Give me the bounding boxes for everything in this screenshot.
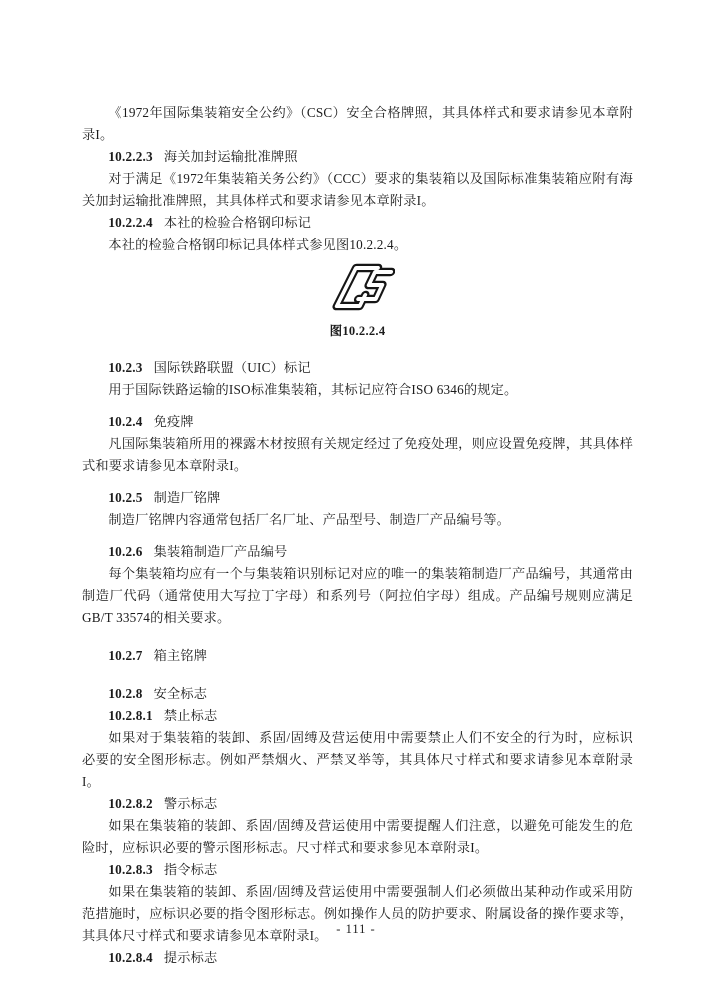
section-number: 10.2.8.2 [108,796,152,811]
figure-10-2-2-4 [82,258,633,316]
section-heading: 10.2.2.3海关加封运输批准牌照 [82,146,633,168]
section-heading: 10.2.3国际铁路联盟（UIC）标记 [82,357,633,379]
section-title: 指令标志 [164,862,218,877]
section-gap [82,477,633,487]
paragraph: 本社的检验合格钢印标记具体样式参见图10.2.2.4。 [82,234,633,256]
paragraph: 如果在集装箱的装卸、系固/固缚及营运使用中需要提醒人们注意，以避免可能发生的危险… [82,815,633,859]
paragraph: 用于国际铁路运输的ISO标准集装箱，其标记应符合ISO 6346的规定。 [82,379,633,401]
section-number: 10.2.7 [108,648,142,663]
section-heading: 10.2.8安全标志 [82,683,633,705]
document-body: 《1972年国际集装箱安全公约》（CSC）安全合格牌照，其具体样式和要求请参见本… [82,102,633,969]
section-number: 10.2.8.1 [108,708,152,723]
section-heading: 10.2.8.3指令标志 [82,859,633,881]
section-heading: 10.2.4免疫牌 [82,411,633,433]
paragraph: 如果对于集装箱的装卸、系固/固缚及营运使用中需要禁止人们不安全的行为时，应标识必… [82,727,633,793]
section-title: 免疫牌 [154,414,194,429]
paragraph: 《1972年国际集装箱安全公约》（CSC）安全合格牌照，其具体样式和要求请参见本… [82,102,633,146]
section-heading: 10.2.8.4提示标志 [82,947,633,969]
section-number: 10.2.2.4 [108,215,152,230]
document-page: 《1972年国际集装箱安全公约》（CSC）安全合格牌照，其具体样式和要求请参见本… [0,0,712,1006]
section-heading: 10.2.8.2警示标志 [82,793,633,815]
paragraph: 凡国际集装箱所用的裸露木材按照有关规定经过了免疫处理，则应设置免疫牌，其具体样式… [82,433,633,477]
section-title: 警示标志 [164,796,218,811]
section-gap [82,629,633,645]
section-gap [82,341,633,357]
section-title: 禁止标志 [164,708,218,723]
section-heading: 10.2.2.4本社的检验合格钢印标记 [82,212,633,234]
paragraph: 制造厂铭牌内容通常包括厂名厂址、产品型号、制造厂产品编号等。 [82,509,633,531]
section-heading: 10.2.8.1禁止标志 [82,705,633,727]
page-number: - 111 - [336,922,375,936]
paragraph: 每个集装箱均应有一个与集装箱识别标记对应的唯一的集装箱制造厂产品编号，其通常由制… [82,563,633,629]
section-title: 安全标志 [154,686,208,701]
section-title: 箱主铭牌 [154,648,208,663]
section-heading: 10.2.7箱主铭牌 [82,645,633,667]
section-title: 集装箱制造厂产品编号 [154,544,288,559]
section-number: 10.2.8.4 [108,950,152,965]
paragraph: 对于满足《1972年集装箱关务公约》（CCC）要求的集装箱以及国际标准集装箱应附… [82,168,633,212]
section-number: 10.2.8 [108,686,142,701]
section-title: 制造厂铭牌 [154,490,221,505]
section-gap [82,667,633,683]
section-number: 10.2.5 [108,490,142,505]
section-title: 提示标志 [164,950,218,965]
section-gap [82,401,633,411]
section-title: 本社的检验合格钢印标记 [164,215,311,230]
section-title: 国际铁路联盟（UIC）标记 [154,360,311,375]
section-number: 10.2.4 [108,414,142,429]
page-footer: - 111 - [0,920,712,938]
section-heading: 10.2.6集装箱制造厂产品编号 [82,541,633,563]
section-number: 10.2.2.3 [108,149,152,164]
figure-caption: 图10.2.2.4 [82,321,633,341]
section-heading: 10.2.5制造厂铭牌 [82,487,633,509]
section-number: 10.2.6 [108,544,142,559]
section-number: 10.2.3 [108,360,142,375]
section-number: 10.2.8.3 [108,862,152,877]
section-title: 海关加封运输批准牌照 [164,149,298,164]
section-gap [82,531,633,541]
ccs-logo-mark [321,258,395,316]
